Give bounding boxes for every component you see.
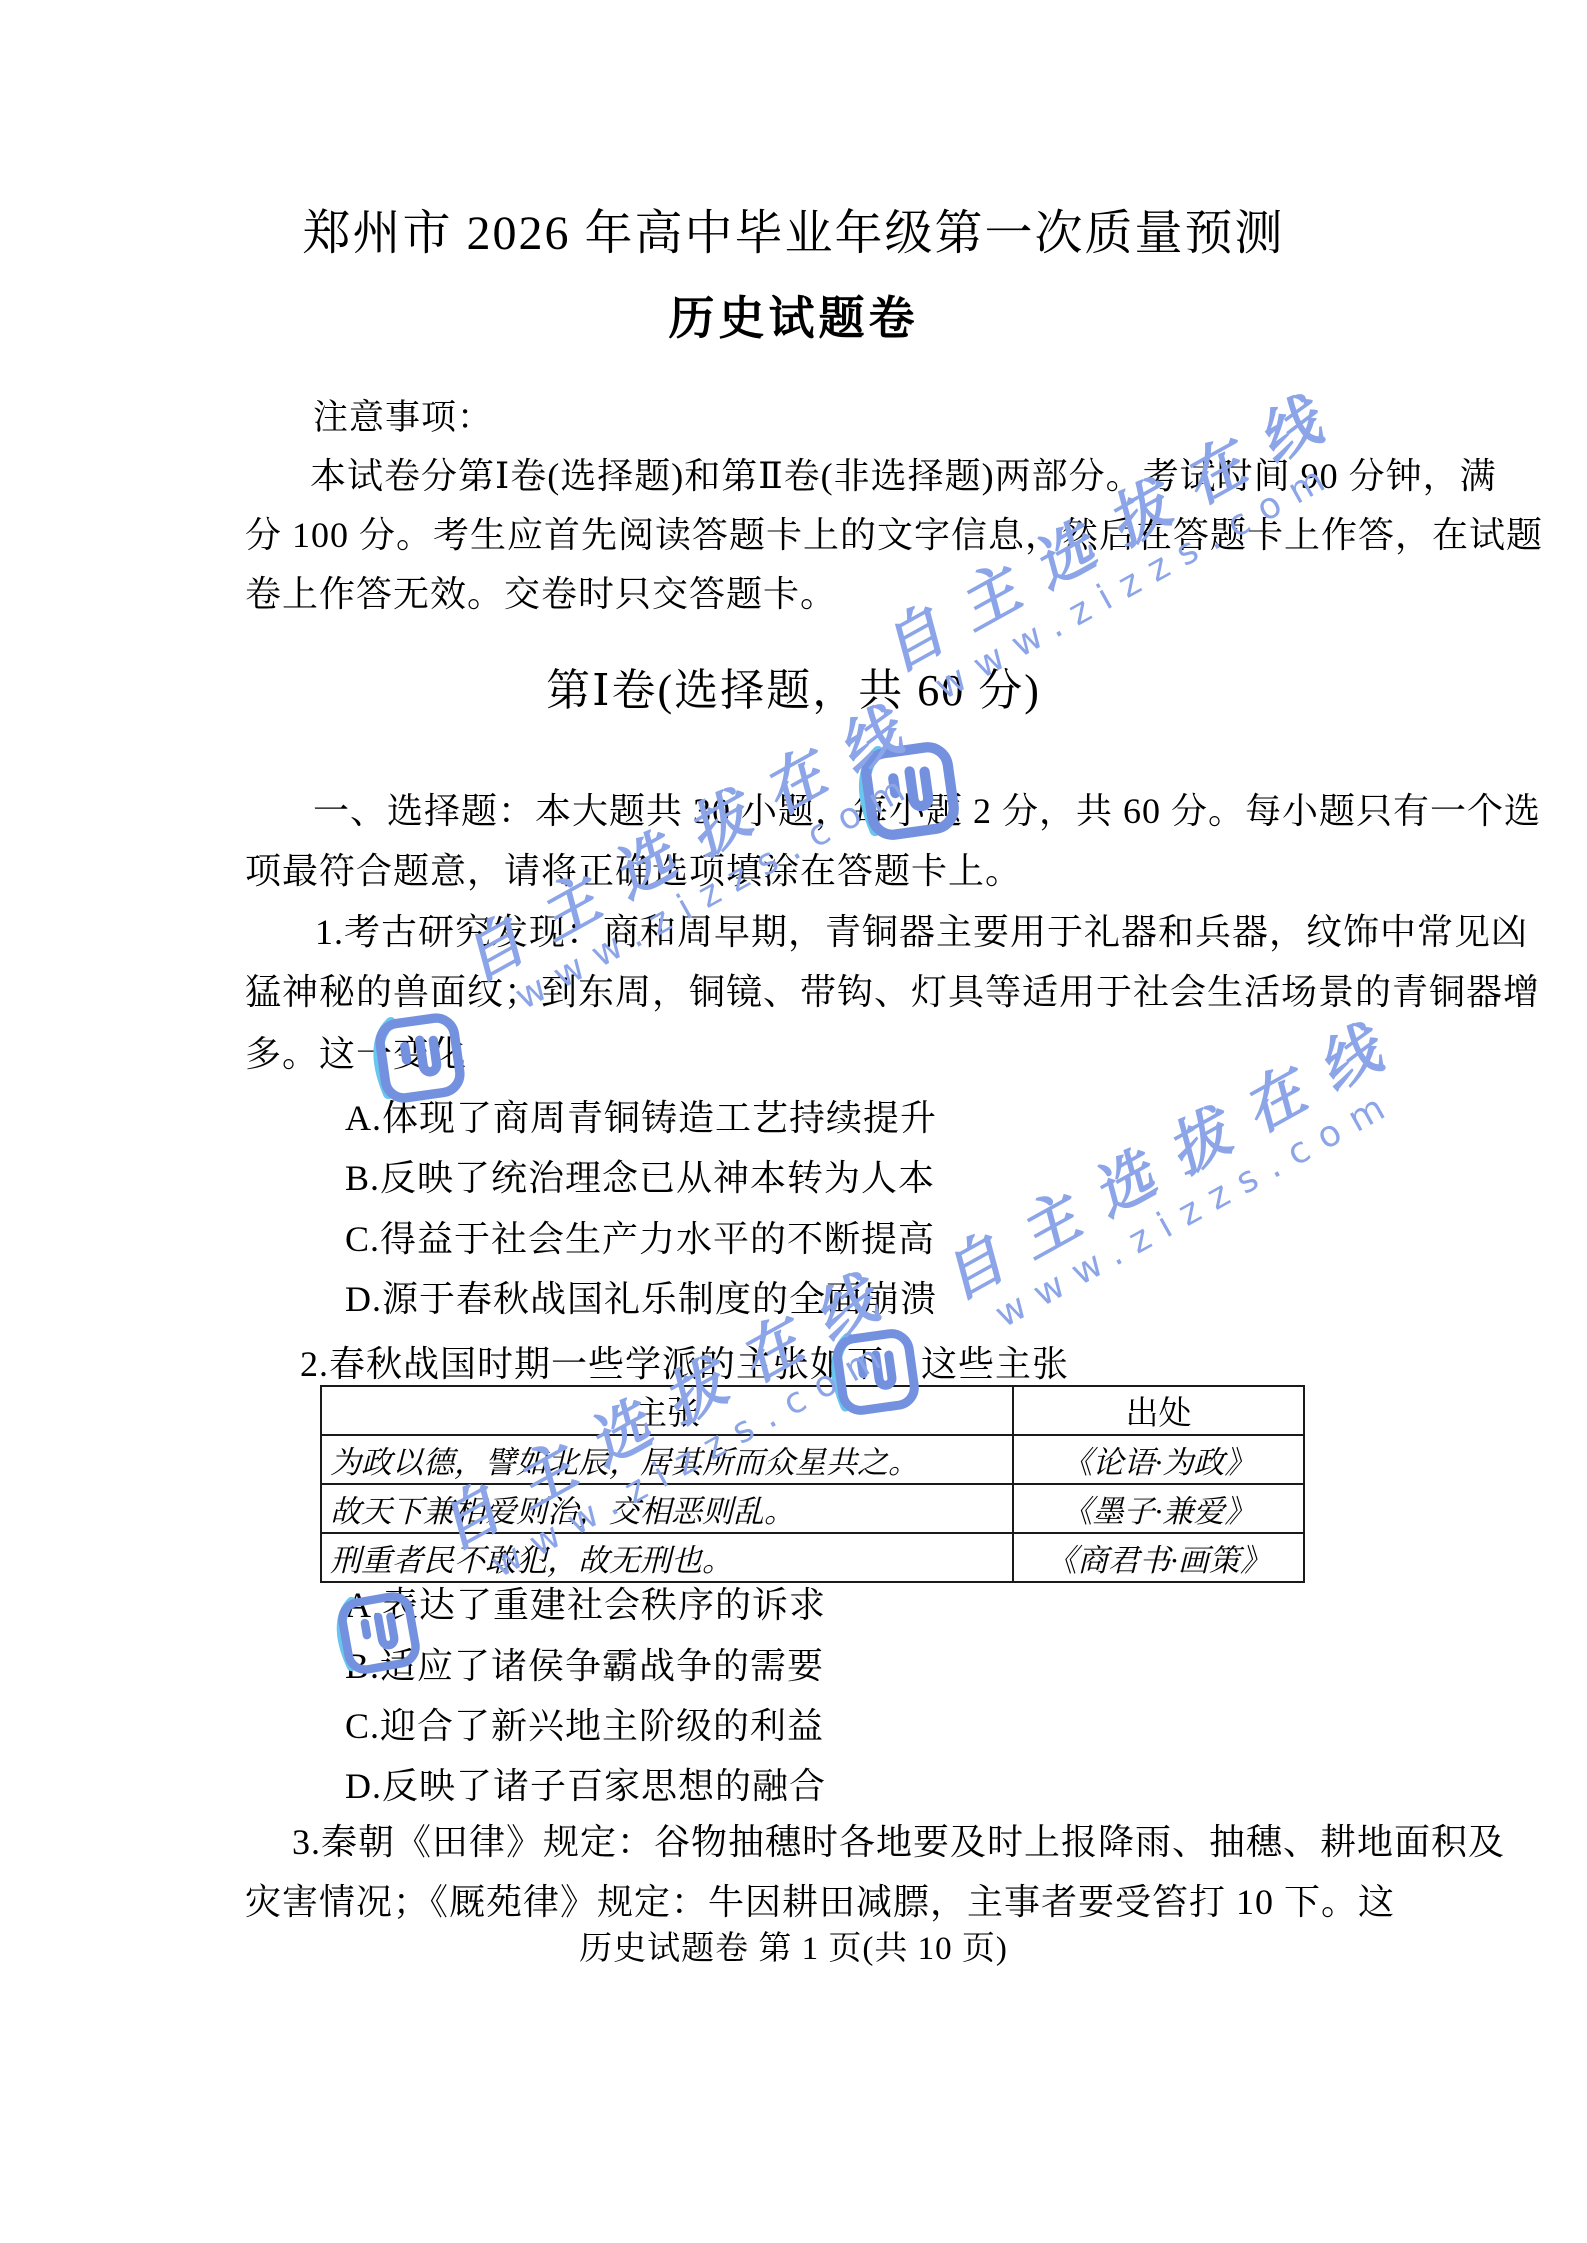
notice-label: 注意事项： xyxy=(313,398,493,438)
watermark-url: www.zizzs.com xyxy=(989,1064,1435,1335)
section-intro-line: 一、选择题：本大题共 30 小题，每小题 2 分，共 60 分。每小题只有一个选 xyxy=(313,791,1541,832)
section-intro-line: 项最符合题意，请将正确选项填涂在答题卡上。 xyxy=(245,851,1022,892)
question2-option-b: B.适应了诸侯争霸战争的需要 xyxy=(345,1646,824,1687)
table-header-claim: 主张 xyxy=(321,1386,1013,1435)
question1-stem-line: 猛神秘的兽面纹；到东周，铜镜、带钩、灯具等适用于社会生活场景的青铜器增 xyxy=(245,972,1540,1013)
notice-line: 分 100 分。考生应首先阅读答题卡上的文字信息，然后在答题卡上作答，在试题 xyxy=(245,515,1543,556)
question2-option-d: D.反映了诸子百家思想的融合 xyxy=(345,1766,826,1807)
exam-subject-title: 历史试题卷 xyxy=(0,292,1587,345)
table-cell-claim: 为政以德，譬如北辰，居其所而众星共之。 xyxy=(321,1435,1013,1484)
watermark-text: 自主选拔在线 www.zizzs.com xyxy=(932,1006,1435,1349)
table-cell-source: 《墨子·兼爱》 xyxy=(1013,1484,1304,1533)
exam-title: 郑州市 2026 年高中毕业年级第一次质量预测 xyxy=(0,206,1587,261)
table-row: 故天下兼相爱则治，交相恶则乱。 《墨子·兼爱》 xyxy=(321,1484,1304,1533)
question2-stem: 2.春秋战国时期一些学派的主张如下，这些主张 xyxy=(300,1344,1069,1385)
question1-stem-line: 1.考古研究发现：商和周早期，青铜器主要用于礼器和兵器，纹饰中常见凶 xyxy=(315,912,1528,953)
question1-option-b: B.反映了统治理念已从神本转为人本 xyxy=(345,1158,935,1199)
part1-heading: 第Ⅰ卷(选择题，共 60 分) xyxy=(0,666,1587,717)
page-footer: 历史试题卷 第 1 页(共 10 页) xyxy=(0,1931,1587,1969)
notice-line: 卷上作答无效。交卷时只交答题卡。 xyxy=(245,574,837,615)
watermark-brand: 自主选拔在线 xyxy=(932,1006,1414,1311)
question1-option-d: D.源于春秋战国礼乐制度的全面崩溃 xyxy=(345,1279,937,1320)
table-header-source: 出处 xyxy=(1013,1386,1304,1435)
question3-stem-line: 灾害情况；《厩苑律》规定：牛因耕田减膘，主事者要受笞打 10 下。这 xyxy=(245,1882,1395,1923)
question1-option-c: C.得益于社会生产力水平的不断提高 xyxy=(345,1219,935,1260)
notice-line: 本试卷分第Ⅰ卷(选择题)和第Ⅱ卷(非选择题)两部分。考试时间 90 分钟，满 xyxy=(310,456,1497,497)
question1-stem-line: 多。这一变化 xyxy=(245,1034,467,1075)
question2-table: 主张 出处 为政以德，譬如北辰，居其所而众星共之。 《论语·为政》 故天下兼相爱… xyxy=(320,1385,1305,1583)
question3-stem-line: 3.秦朝《田律》规定：谷物抽穗时各地要及时上报降雨、抽穗、耕地面积及 xyxy=(292,1822,1505,1863)
table-cell-claim: 刑重者民不敢犯，故无刑也。 xyxy=(321,1533,1013,1582)
exam-paper-page: 郑州市 2026 年高中毕业年级第一次质量预测 历史试题卷 注意事项： 本试卷分… xyxy=(0,0,1587,2243)
table-header-row: 主张 出处 xyxy=(321,1386,1304,1435)
question1-option-a: A.体现了商周青铜铸造工艺持续提升 xyxy=(345,1098,937,1139)
question2-option-a: A.表达了重建社会秩序的诉求 xyxy=(345,1585,826,1626)
table-cell-claim: 故天下兼相爱则治，交相恶则乱。 xyxy=(321,1484,1013,1533)
table-cell-source: 《商君书·画策》 xyxy=(1013,1533,1304,1582)
table-row: 为政以德，譬如北辰，居其所而众星共之。 《论语·为政》 xyxy=(321,1435,1304,1484)
table-row: 刑重者民不敢犯，故无刑也。 《商君书·画策》 xyxy=(321,1533,1304,1582)
question2-option-c: C.迎合了新兴地主阶级的利益 xyxy=(345,1706,824,1747)
table-cell-source: 《论语·为政》 xyxy=(1013,1435,1304,1484)
